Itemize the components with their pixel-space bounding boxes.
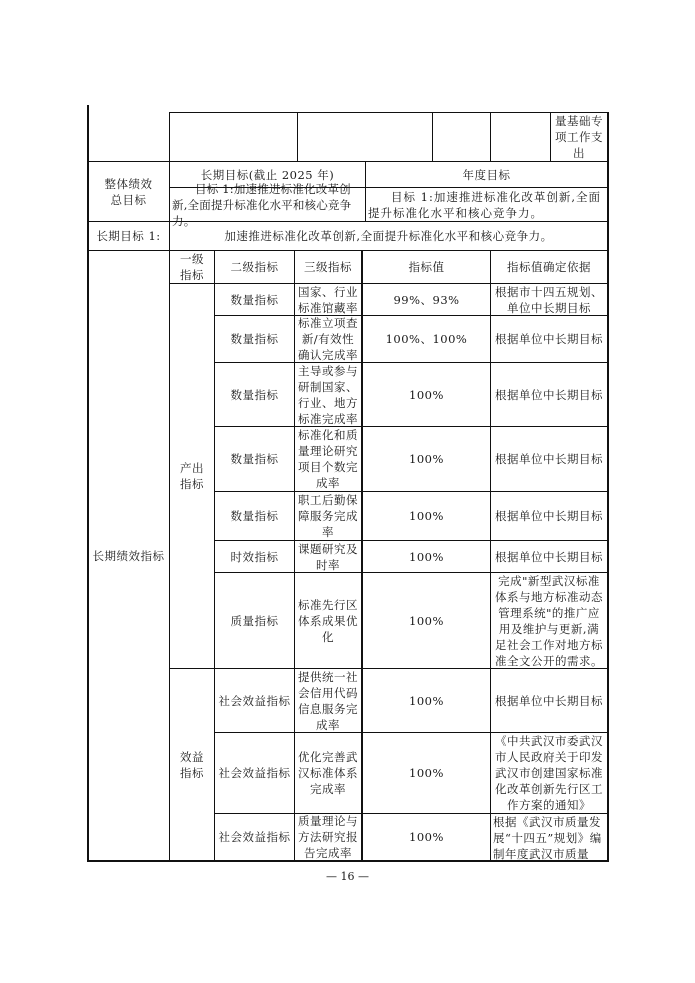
table-border-right <box>607 112 609 862</box>
row-6-level3: 标准先行区体系成果优化 <box>295 573 361 668</box>
grid-line <box>432 112 433 161</box>
row-6-value: 100% <box>363 573 490 668</box>
header-level3: 三级指标 <box>295 251 361 283</box>
grid-line <box>297 112 298 161</box>
top-row-last-cell: 量基础专项工作支出 <box>551 113 607 161</box>
row-3-level2: 数量指标 <box>215 427 294 491</box>
row-4-level3: 职工后勤保障服务完成率 <box>295 492 361 540</box>
row-2-level2: 数量指标 <box>215 363 294 426</box>
overall-goals-label: 整体绩效总目标 <box>88 162 169 221</box>
row-4-basis: 根据单位中长期目标 <box>491 492 607 540</box>
row-8-value: 100% <box>363 733 490 813</box>
grid-line <box>169 112 609 113</box>
row-1-level3: 标准立项查新/有效性确认完成率 <box>295 316 361 362</box>
row-9-basis: 根据《武汉市质量发展“十四五”规划》编制年度武汉市质量 <box>491 814 607 860</box>
page-number: — 16 — <box>0 870 695 883</box>
row-9-level3: 质量理论与方法研究报告完成率 <box>295 814 361 860</box>
header-level1: 一级指标 <box>170 251 214 283</box>
row-4-value: 100% <box>363 492 490 540</box>
row-3-value: 100% <box>363 427 490 491</box>
grid-line <box>490 112 491 161</box>
row-7-level3: 提供统一社会信用代码信息服务完成率 <box>295 669 361 732</box>
document-page: 量基础专项工作支出 整体绩效总目标 长期目标(截止 2025 年) 年度目标 目… <box>0 0 695 983</box>
row-7-value: 100% <box>363 669 490 732</box>
long-term-indicators-label: 长期绩效指标 <box>88 251 169 860</box>
row-8-level3: 优化完善武汉标准体系完成率 <box>295 733 361 813</box>
row-0-basis: 根据市十四五规划、单位中长期目标 <box>491 284 607 315</box>
row-0-level3: 国家、行业标准馆藏率 <box>295 284 361 315</box>
row-6-basis: 完成"新型武汉标准体系与地方标准动态管理系统"的推广应用及维护与更新,满足社会工… <box>491 573 607 668</box>
row-8-basis: 《中共武汉市委武汉市人民政府关于印发武汉市创建国家标准化改革创新先行区工作方案的… <box>491 733 607 813</box>
row-5-level2: 时效指标 <box>215 541 294 572</box>
row-1-value: 100%、100% <box>363 316 490 362</box>
long-term-goal-1-label: 长期目标 1: <box>88 222 169 250</box>
annual-goal-header: 年度目标 <box>366 162 607 187</box>
header-value: 指标值 <box>363 251 490 283</box>
long-term-goal-1-text: 加速推进标准化改革创新,全面提升标准化水平和核心竞争力。 <box>170 222 607 250</box>
row-3-level3: 标准化和质量理论研究项目个数完成率 <box>295 427 361 491</box>
row-2-value: 100% <box>363 363 490 426</box>
header-level2: 二级指标 <box>215 251 294 283</box>
row-7-level2: 社会效益指标 <box>215 669 294 732</box>
header-basis: 指标值确定依据 <box>491 251 607 283</box>
group-output-indicators: 产出指标 <box>170 284 214 668</box>
row-5-basis: 根据单位中长期目标 <box>491 541 607 572</box>
row-0-value: 99%、93% <box>363 284 490 315</box>
row-3-basis: 根据单位中长期目标 <box>491 427 607 491</box>
row-2-level3: 主导或参与研制国家、行业、地方标准完成率 <box>295 363 361 426</box>
row-8-level2: 社会效益指标 <box>215 733 294 813</box>
row-7-basis: 根据单位中长期目标 <box>491 669 607 732</box>
row-0-level2: 数量指标 <box>215 284 294 315</box>
row-6-level2: 质量指标 <box>215 573 294 668</box>
top-row-last-cell-text: 量基础专项工作支出 <box>553 113 605 161</box>
row-4-level2: 数量指标 <box>215 492 294 540</box>
row-1-level2: 数量指标 <box>215 316 294 362</box>
row-2-basis: 根据单位中长期目标 <box>491 363 607 426</box>
row-5-value: 100% <box>363 541 490 572</box>
row-1-basis: 根据单位中长期目标 <box>491 316 607 362</box>
group-benefit-indicators: 效益指标 <box>170 669 214 860</box>
row-9-value: 100% <box>363 814 490 860</box>
annual-goal-text: 目标 1:加速推进标准化改革创新,全面提升标准化水平和核心竞争力。 <box>366 188 607 221</box>
row-5-level3: 课题研究及时率 <box>295 541 361 572</box>
row-9-level2: 社会效益指标 <box>215 814 294 860</box>
long-term-goal-text: 目标 1:加速推进标准化改革创新,全面提升标准化水平和核心竞争力。 <box>170 188 365 221</box>
